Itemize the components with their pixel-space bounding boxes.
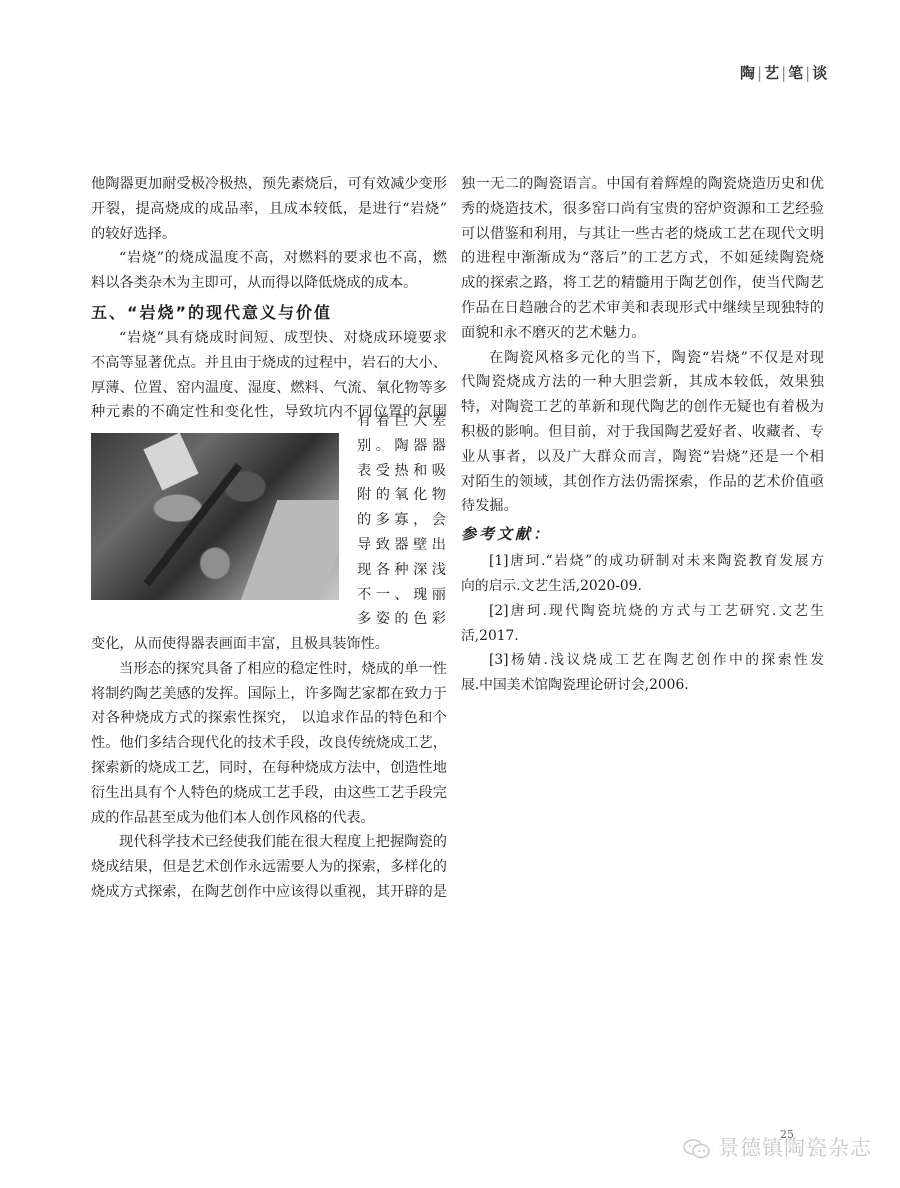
brick-shape <box>241 500 339 600</box>
wrapped-text: 有着巨大差 别。陶器器 表受热和吸 附的氧化物 的多寡，会 导致器壁出 现各种深… <box>357 409 447 632</box>
paragraph: 当形态的探究具备了相应的稳定性时，烧成的单一性 将制约陶艺美感的发挥。国际上，许… <box>91 657 447 831</box>
text-line: 可以借鉴和利用，与其让一些古老的烧成工艺在现代文明 <box>461 222 824 247</box>
running-head-char: 谈 <box>812 64 827 82</box>
text-line: 业从事者，以及广大群众而言，陶瓷“岩烧”还是一个相 <box>461 445 824 470</box>
references-list: [1]唐珂.“岩烧”的成功研制对未来陶瓷教育发展方 向的启示.文艺生活,2020… <box>461 549 824 698</box>
text-line: 性。他们多结合现代化的技术手段，改良传统烧成工艺， <box>91 731 447 756</box>
running-head-char: 笔 <box>788 64 803 82</box>
text-line: 导致器壁出 <box>357 533 447 558</box>
text-line: 秀的烧造技术，很多窑口尚有宝贵的窑炉资源和工艺经验 <box>461 197 824 222</box>
text-line: 活,2017. <box>461 624 824 649</box>
text-line: 他陶器更加耐受极冷极热，预先素烧后，可有效减少变形 <box>91 172 447 197</box>
text-line: 别。陶器器 <box>357 434 447 459</box>
text-line: 烧成方式探索，在陶艺创作中应该得以重视，其开辟的是 <box>91 880 447 905</box>
text-line: 成的探索之路，将工艺的精髓用于陶艺创作，使当代陶艺 <box>461 271 824 296</box>
text-line: 待发掘。 <box>461 494 824 519</box>
reference-item: [1]唐珂.“岩烧”的成功研制对未来陶瓷教育发展方 向的启示.文艺生活,2020… <box>461 549 824 599</box>
paragraph: 他陶器更加耐受极冷极热，预先素烧后，可有效减少变形 开裂，提高烧成的成品率，且成… <box>91 172 447 246</box>
text-line: 多姿的色彩 <box>357 607 447 632</box>
separator: | <box>757 64 762 82</box>
text-line: [2]唐珂.现代陶瓷坑烧的方式与工艺研究.文艺生 <box>461 599 824 624</box>
paragraph: 现代科学技术已经使我们能在很大程度上把握陶瓷的 烧成结果，但是艺术创作永远需要人… <box>91 830 447 904</box>
running-head-char: 艺 <box>764 64 779 82</box>
text-line: 烧成结果，但是艺术创作永远需要人为的探索，多样化的 <box>91 855 447 880</box>
page-number: 25 <box>780 1128 794 1141</box>
text-line: 的较好选择。 <box>91 222 447 247</box>
shard-shape <box>143 433 198 490</box>
text-line: 不高等显著优点。并且由于烧成的过程中，岩石的大小、 <box>91 351 447 376</box>
text-line: 表受热和吸 <box>357 459 447 484</box>
text-line: 面貌和永不磨灭的艺术魅力。 <box>461 321 824 346</box>
text-line: 独一无二的陶瓷语言。中国有着辉煌的陶瓷烧造历史和优 <box>461 172 824 197</box>
separator: | <box>781 64 786 82</box>
text-line: 不一、瑰丽 <box>357 583 447 608</box>
text-line: 展.中国美术馆陶瓷理论研讨会,2006. <box>461 673 824 698</box>
text-line: 对各种烧成方式的探索性探究， 以追求作品的特色和个 <box>91 706 447 731</box>
text-line: 在陶瓷风格多元化的当下，陶瓷“岩烧”不仅是对现 <box>461 346 824 371</box>
text-line: [1]唐珂.“岩烧”的成功研制对未来陶瓷教育发展方 <box>461 549 824 574</box>
paragraph: “岩烧”的烧成温度不高，对燃料的要求也不高，燃 料以各类杂木为主即可，从而得以降… <box>91 246 447 296</box>
pit-firing-photo <box>91 433 339 600</box>
running-head: 陶|艺|笔|谈 <box>740 62 827 83</box>
text-line: 向的启示.文艺生活,2020-09. <box>461 574 824 599</box>
text-line: [3]杨婧.浅议烧成工艺在陶艺创作中的探索性发 <box>461 648 824 673</box>
reference-item: [3]杨婧.浅议烧成工艺在陶艺创作中的探索性发 展.中国美术馆陶瓷理论研讨会,2… <box>461 648 824 698</box>
text-line: 厚薄、位置、窑内温度、湿度、燃料、气流、氧化物等多 <box>91 376 447 401</box>
text-line: 将制约陶艺美感的发挥。国际上，许多陶艺家都在致力于 <box>91 682 447 707</box>
text-line: 代陶瓷烧成方法的一种大胆尝新，其成本较低，效果独 <box>461 370 824 395</box>
text-line: 料以各类杂木为主即可，从而得以降低烧成的成本。 <box>91 271 447 296</box>
text-line: 有着巨大差 <box>357 409 447 434</box>
text-line: 的多寡，会 <box>357 508 447 533</box>
wechat-icon <box>682 1138 712 1160</box>
text-line: 变化，从而使得器表画面丰富，且极具装饰性。 <box>91 632 447 657</box>
text-line: 积极的影响。但目前，对于我国陶艺爱好者、收藏者、专 <box>461 420 824 445</box>
text-line: “岩烧”的烧成温度不高，对燃料的要求也不高，燃 <box>91 246 447 271</box>
reference-item: [2]唐珂.现代陶瓷坑烧的方式与工艺研究.文艺生 活,2017. <box>461 599 824 649</box>
text-line: 当形态的探究具备了相应的稳定性时，烧成的单一性 <box>91 657 447 682</box>
watermark-text: 景德镇陶瓷杂志 <box>718 1136 872 1160</box>
left-column: 他陶器更加耐受极冷极热，预先素烧后，可有效减少变形 开裂，提高烧成的成品率，且成… <box>91 172 447 425</box>
paragraph: 在陶瓷风格多元化的当下，陶瓷“岩烧”不仅是对现 代陶瓷烧成方法的一种大胆尝新，其… <box>461 346 824 520</box>
text-line: 附的氧化物 <box>357 483 447 508</box>
left-column-continued: 变化，从而使得器表画面丰富，且极具装饰性。 当形态的探究具备了相应的稳定性时，烧… <box>91 632 447 905</box>
text-line: 的进程中渐渐成为“落后”的工艺方式，不如延续陶瓷烧 <box>461 246 824 271</box>
section-heading: 五、“岩烧”的现代意义与价值 <box>91 300 447 326</box>
references-heading: 参考文献： <box>461 519 824 549</box>
text-line: 对陌生的领域，其创作方法仍需探索，作品的艺术价值亟 <box>461 470 824 495</box>
text-line: 衍生出具有个人特色的烧成工艺手段，由这些工艺手段完 <box>91 781 447 806</box>
text-line: 成的作品甚至成为他们本人创作风格的代表。 <box>91 806 447 831</box>
text-line: “岩烧”具有烧成时间短、成型快、对烧成环境要求 <box>91 326 447 351</box>
text-line: 现代科学技术已经使我们能在很大程度上把握陶瓷的 <box>91 830 447 855</box>
text-line: 探索新的烧成工艺，同时，在每种烧成方法中，创造性地 <box>91 756 447 781</box>
running-head-char: 陶 <box>740 64 755 82</box>
watermark: 景德镇陶瓷杂志 <box>682 1132 872 1162</box>
paragraph: 独一无二的陶瓷语言。中国有着辉煌的陶瓷烧造历史和优 秀的烧造技术，很多窑口尚有宝… <box>461 172 824 346</box>
right-column: 独一无二的陶瓷语言。中国有着辉煌的陶瓷烧造历史和优 秀的烧造技术，很多窑口尚有宝… <box>461 172 824 698</box>
text-line: 开裂，提高烧成的成品率，且成本较低，是进行“岩烧” <box>91 197 447 222</box>
separator: | <box>805 64 810 82</box>
text-line: 特，对陶瓷工艺的革新和现代陶艺的创作无疑也有着极为 <box>461 395 824 420</box>
text-line: 作品在日趋融合的艺术审美和表现形式中继续呈现独特的 <box>461 296 824 321</box>
text-line: 现各种深浅 <box>357 558 447 583</box>
